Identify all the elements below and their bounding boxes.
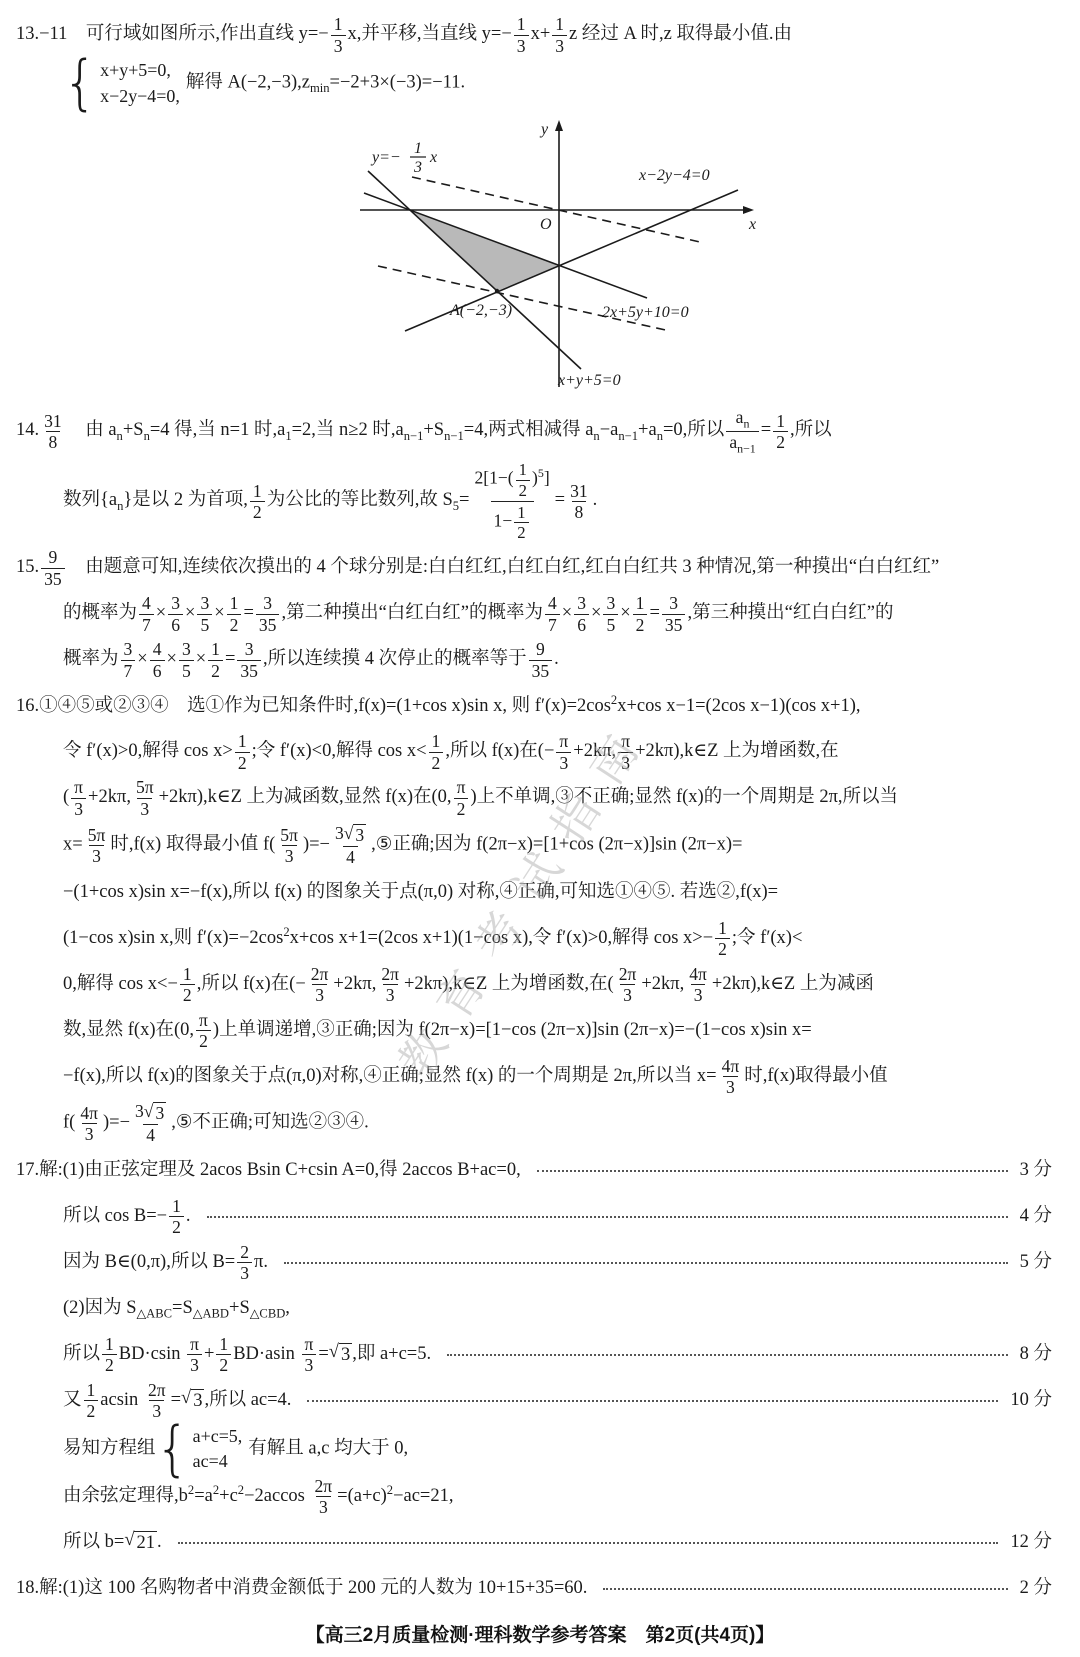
math-text: (2)因为 S△ABC=S△ABD+S△CBD, <box>63 1297 290 1320</box>
math-text: 概率为37×46×35×12=335,所以连续摸 4 次停止的概率等于935. <box>63 638 559 681</box>
system-row: a+c=5, <box>193 1425 243 1447</box>
fraction: π3 <box>187 1334 202 1375</box>
objective-label-denominator: 3 <box>413 159 422 176</box>
solution-line: −(1+cos x)sin x=−f(x),所以 f(x) 的图象关于点(π,0… <box>63 869 1056 915</box>
math-text: 18.解:(1)这 100 名购物者中消费金额低于 200 元的人数为 10+1… <box>16 1577 587 1600</box>
subscript: n <box>117 429 123 443</box>
numerator: π <box>187 1334 202 1354</box>
denominator: 5 <box>197 614 212 635</box>
numerator: 1 <box>514 14 529 34</box>
numerator: 5π <box>85 825 109 845</box>
subscript: min <box>310 81 330 95</box>
dotted-leader <box>447 1354 1007 1356</box>
equation-system: {a+c=5,ac=4 <box>156 1425 243 1473</box>
fraction: π3 <box>301 1334 316 1375</box>
denominator: 3 <box>383 984 398 1005</box>
sqrt: √21 <box>124 1531 157 1554</box>
fraction: 335 <box>237 639 261 680</box>
subscript: n <box>117 499 123 513</box>
solution-line: 易知方程组{a+c=5,ac=4有解且 a,c 均大于 0, <box>63 1424 1056 1474</box>
fraction: 2π3 <box>312 1476 336 1517</box>
fraction: 12 <box>169 1196 184 1237</box>
denominator: 2 <box>180 984 195 1005</box>
numerator: 1 <box>331 14 346 34</box>
subscript: n <box>657 429 663 443</box>
denominator: 4 <box>143 1124 158 1145</box>
fraction: π3 <box>618 731 633 772</box>
fraction: 318 <box>41 411 65 452</box>
fraction: π2 <box>454 777 469 818</box>
denominator: 35 <box>529 660 553 681</box>
denominator: 2 <box>235 752 250 773</box>
subscript: △CBD <box>250 1307 286 1321</box>
math-text: (π3+2kπ,5π3+2kπ),k∈Z 上为减函数,显然 f(x)在(0,π2… <box>63 776 898 819</box>
denominator: 7 <box>545 614 560 635</box>
solution-line: 令 f′(x)>0,解得 cos x>12;令 f′(x)<0,解得 cos x… <box>63 729 1056 775</box>
solution-line: 15.935 由题意可知,连续依次摸出的 4 个球分别是:白白红红,白红白红,红… <box>16 545 1056 591</box>
numerator: π <box>618 731 633 751</box>
math-text: 15.935 由题意可知,连续依次摸出的 4 个球分别是:白白红红,白红白红,红… <box>16 546 939 589</box>
math-text: 0,解得 cos x<−12,所以 f(x)在(−2π3+2kπ,2π3+2kπ… <box>63 963 874 1006</box>
subscript: △ABC <box>137 1307 173 1321</box>
numerator: 9 <box>46 547 61 567</box>
superscript: 5 <box>538 466 544 480</box>
denominator: 3 <box>316 1496 331 1517</box>
subscript: 1 <box>285 429 291 443</box>
superscript: 2 <box>283 924 289 938</box>
solution-line: (π3+2kπ,5π3+2kπ),k∈Z 上为减函数,显然 f(x)在(0,π2… <box>63 775 1056 821</box>
solution-line: 数,显然 f(x)在(0,π2)上单调递增,③正确;因为 f(2π−x)=[1−… <box>63 1007 1056 1053</box>
feasible-region-figure: y x O y=− 1 3 x x−2y−4=0 2x+5y+10=0 x+y+… <box>302 110 1056 403</box>
solution-line: −f(x),所以 f(x)的图象关于点(π,0)对称,④正确;显然 f(x) 的… <box>63 1053 1056 1099</box>
numerator: 3 <box>121 639 136 659</box>
numerator: 3√3 <box>132 1101 169 1124</box>
math-text: 由余弦定理得,b2=a2+c2−2accos 2π3=(a+c)2−ac=21, <box>63 1475 454 1518</box>
fraction: 2π3 <box>308 964 332 1005</box>
system-rows: a+c=5,ac=4 <box>193 1425 243 1473</box>
solution-line: 0,解得 cos x<−12,所以 f(x)在(−2π3+2kπ,2π3+2kπ… <box>63 961 1056 1007</box>
numerator: 3 <box>574 593 589 613</box>
subscript: n−1 <box>737 441 756 455</box>
fraction: 12 <box>84 1380 99 1421</box>
radicand: 3 <box>339 1343 352 1366</box>
fraction: 318 <box>567 481 591 522</box>
fraction: 12 <box>715 918 730 959</box>
math-text: −(1+cos x)sin x=−f(x),所以 f(x) 的图象关于点(π,0… <box>63 881 778 904</box>
radicand: 3 <box>191 1389 204 1412</box>
denominator: 2 <box>454 798 469 819</box>
math-text: 16.①④⑤或②③④ 选①作为已知条件时,f(x)=(1+cos x)sin x… <box>16 694 861 718</box>
numerator: π <box>556 731 571 751</box>
origin-label: O <box>540 216 552 233</box>
numerator: 1 <box>102 1334 117 1354</box>
numerator: 3 <box>603 593 618 613</box>
fraction: π3 <box>556 731 571 772</box>
denominator: 3 <box>312 984 327 1005</box>
system-brace: { <box>63 56 97 110</box>
math-text: 的概率为47×36×35×12=335,第二种摸出“白红白红”的概率为47×36… <box>63 592 894 635</box>
denominator: 3 <box>82 1123 97 1144</box>
denominator: 2 <box>250 501 265 522</box>
numerator: 4 <box>139 593 154 613</box>
denominator: 2 <box>169 1216 184 1237</box>
numerator: 2[1−(12)5] <box>471 459 552 500</box>
solution-line: 的概率为47×36×35×12=335,第二种摸出“白红白红”的概率为47×36… <box>63 591 1056 637</box>
solution-line: x=5π3时,f(x) 取得最小值 f(5π3)=−3√34,⑤正确;因为 f(… <box>63 821 1056 869</box>
denominator: 3 <box>187 1354 202 1375</box>
numerator: 1 <box>169 1196 184 1216</box>
denominator: 8 <box>46 431 61 452</box>
fraction: 2π3 <box>616 964 640 1005</box>
denominator: 2 <box>196 1030 211 1051</box>
radical-icon: √ <box>124 1531 134 1550</box>
subscript: n−1 <box>618 429 638 443</box>
numerator: 1 <box>773 411 788 431</box>
solution-line: 概率为37×46×35×12=335,所以连续摸 4 次停止的概率等于935. <box>63 637 1056 683</box>
fraction: 5π3 <box>277 825 301 866</box>
score-label: 5 分 <box>1020 1251 1054 1274</box>
denominator: 3 <box>691 984 706 1005</box>
numerator: 1 <box>516 460 530 479</box>
math-text: 易知方程组{a+c=5,ac=4有解且 a,c 均大于 0, <box>63 1425 408 1473</box>
denominator: 3 <box>237 1262 252 1283</box>
page-footer: 【高三2月质量检测·理科数学参考答案 第2页(共4页)】 <box>0 1620 1080 1647</box>
system-rows: x+y+5=0,x−2y−4=0, <box>100 59 180 107</box>
point-a-label: A(−2,−3) <box>449 302 512 319</box>
denominator: 2 <box>715 938 730 959</box>
math-text: x=5π3时,f(x) 取得最小值 f(5π3)=−3√34,⑤正确;因为 f(… <box>63 822 742 868</box>
fraction: 12 <box>208 639 223 680</box>
score-label: 2 分 <box>1020 1577 1054 1600</box>
numerator: 1 <box>429 731 444 751</box>
objective-label-suffix: x <box>429 149 437 166</box>
y-axis-label: y <box>539 121 549 138</box>
denominator: 2 <box>633 614 648 635</box>
radical-icon: √ <box>181 1389 191 1408</box>
solution-line: 所以 b=√21.12 分 <box>63 1520 1056 1566</box>
numerator: 1 <box>84 1380 99 1400</box>
denominator: 6 <box>168 614 183 635</box>
fraction: 4π3 <box>686 964 710 1005</box>
dotted-leader <box>537 1170 1008 1172</box>
line-x-y-5-label: x+y+5=0 <box>557 372 621 389</box>
numerator: 3 <box>197 593 212 613</box>
fraction: π3 <box>71 777 86 818</box>
denominator: 7 <box>121 660 136 681</box>
denominator: 35 <box>41 568 65 589</box>
solution-content: 13.−11 可行域如图所示,作出直线 y=−13x,并平移,当直线 y=−13… <box>0 0 1080 1612</box>
objective-line-label: y=− 1 3 x <box>370 140 437 176</box>
denominator: 2 <box>227 614 242 635</box>
denominator: 2 <box>429 752 444 773</box>
math-text: 17.解:(1)由正弦定理及 2acos Bsin C+csin A=0,得 2… <box>16 1159 521 1182</box>
fraction: π2 <box>196 1010 211 1051</box>
numerator: 3 <box>168 593 183 613</box>
fraction: 3√34 <box>132 1101 169 1145</box>
numerator: 5π <box>277 825 301 845</box>
fraction: 12 <box>235 731 250 772</box>
superscript: 2 <box>188 1483 194 1497</box>
solution-line: 所以12BD·csin π3+12BD·asin π3=√3,即 a+c=5.8… <box>63 1332 1056 1378</box>
numerator: 3 <box>242 639 257 659</box>
fraction: anan−1 <box>726 407 758 455</box>
denominator: 6 <box>150 660 165 681</box>
dotted-leader <box>307 1400 998 1402</box>
math-text: f(4π3)=−3√34,⑤不正确;可知选②③④. <box>63 1100 369 1146</box>
fraction: 12 <box>216 1334 231 1375</box>
numerator: 4π <box>719 1056 743 1076</box>
numerator: π <box>301 1334 316 1354</box>
radical-icon: √ <box>329 1343 339 1362</box>
numerator: 4π <box>686 964 710 984</box>
math-text: −f(x),所以 f(x)的图象关于点(π,0)对称,④正确;显然 f(x) 的… <box>63 1055 888 1098</box>
numerator: 4 <box>150 639 165 659</box>
denominator: 35 <box>256 614 280 635</box>
solution-line: 因为 B∈(0,π),所以 B=23π.5 分 <box>63 1240 1056 1286</box>
system-brace: { <box>156 1422 190 1476</box>
radicand: 3 <box>353 824 366 846</box>
figure-svg: y x O y=− 1 3 x x−2y−4=0 2x+5y+10=0 x+y+… <box>302 110 772 396</box>
fraction: 12 <box>633 593 648 634</box>
fraction: 47 <box>139 593 154 634</box>
numerator: 31 <box>41 411 65 431</box>
superscript: 2 <box>387 1483 393 1497</box>
denominator: 35 <box>237 660 261 681</box>
denominator: 2 <box>773 431 788 452</box>
solution-line: 13.−11 可行域如图所示,作出直线 y=−13x,并平移,当直线 y=−13… <box>16 12 1056 58</box>
numerator: 1 <box>180 964 195 984</box>
math-text: (1−cos x)sin x,则 f′(x)=−2cos2x+cos x+1=(… <box>63 917 802 960</box>
math-text: 所以12BD·csin π3+12BD·asin π3=√3,即 a+c=5. <box>63 1333 431 1376</box>
denominator: 3 <box>552 35 567 56</box>
system-row: ac=4 <box>193 1450 243 1472</box>
math-text: 因为 B∈(0,π),所以 B=23π. <box>63 1241 268 1284</box>
superscript: 2 <box>213 1483 219 1497</box>
subscript: △ABD <box>193 1307 229 1321</box>
objective-label-numerator: 1 <box>414 140 422 157</box>
fraction: 36 <box>168 593 183 634</box>
math-text: 数,显然 f(x)在(0,π2)上单调递增,③正确;因为 f(2π−x)=[1−… <box>63 1009 812 1052</box>
fraction: 35 <box>179 639 194 680</box>
solution-line: 18.解:(1)这 100 名购物者中消费金额低于 200 元的人数为 10+1… <box>16 1566 1056 1612</box>
denominator: 2 <box>208 660 223 681</box>
sqrt: √3 <box>344 824 366 846</box>
subscript: 5 <box>453 499 459 513</box>
fraction: 335 <box>662 593 686 634</box>
score-label: 3 分 <box>1020 1159 1054 1182</box>
sqrt: √3 <box>181 1389 204 1412</box>
fraction: 12 <box>429 731 444 772</box>
denominator: an−1 <box>726 431 758 455</box>
dotted-leader <box>603 1588 1007 1590</box>
fraction: 335 <box>256 593 280 634</box>
fraction: 12 <box>102 1334 117 1375</box>
fraction: 47 <box>545 593 560 634</box>
denominator: 3 <box>137 798 152 819</box>
numerator: 2 <box>237 1242 252 1262</box>
superscript: 2 <box>238 1483 244 1497</box>
fraction: 4π3 <box>719 1056 743 1097</box>
numerator: an <box>733 407 753 430</box>
radical-icon: √ <box>144 1102 154 1120</box>
numerator: 31 <box>567 481 591 501</box>
numerator: 2π <box>378 964 402 984</box>
math-text: 13.−11 可行域如图所示,作出直线 y=−13x,并平移,当直线 y=−13… <box>16 13 792 56</box>
numerator: 2π <box>308 964 332 984</box>
denominator: 2 <box>84 1400 99 1421</box>
denominator: 3 <box>514 35 529 56</box>
solution-line: 由余弦定理得,b2=a2+c2−2accos 2π3=(a+c)2−ac=21, <box>63 1474 1056 1520</box>
solution-line: {x+y+5=0,x−2y−4=0,解得 A(−2,−3),zmin=−2+3×… <box>63 58 1056 108</box>
numerator: 2π <box>616 964 640 984</box>
solution-line: 又12acsin 2π3=√3,所以 ac=4.10 分 <box>63 1378 1056 1424</box>
fraction: 4π3 <box>77 1103 101 1144</box>
math-text: 所以 b=√21. <box>63 1531 162 1554</box>
radicand: 21 <box>134 1531 157 1554</box>
solution-line: 所以 cos B=−12.4 分 <box>63 1194 1056 1240</box>
fraction: 12 <box>180 964 195 1005</box>
numerator: 4 <box>545 593 560 613</box>
denominator: 3 <box>302 1354 317 1375</box>
numerator: 3 <box>666 593 681 613</box>
numerator: 1 <box>216 1334 231 1354</box>
denominator: 3 <box>620 984 635 1005</box>
score-label: 10 分 <box>1010 1389 1054 1412</box>
solution-line: 14.318 由 an+Sn=4 得,当 n=1 时,a1=2,当 n≥2 时,… <box>16 405 1056 457</box>
fraction: 35 <box>197 593 212 634</box>
denominator: 2 <box>216 1354 231 1375</box>
fraction: 12 <box>516 460 530 499</box>
fraction: 35 <box>603 593 618 634</box>
numerator: 5π <box>133 777 157 797</box>
fraction: 23 <box>237 1242 252 1283</box>
math-text: 数列{an}是以 2 为首项,12为公比的等比数列,故 S5=2[1−(12)5… <box>63 458 597 544</box>
fraction: 13 <box>331 14 346 55</box>
numerator: 2π <box>312 1476 336 1496</box>
problem-lines: 14.318 由 an+Sn=4 得,当 n=1 时,a1=2,当 n≥2 时,… <box>16 405 1056 1611</box>
solution-line: f(4π3)=−3√34,⑤不正确;可知选②③④. <box>63 1099 1056 1147</box>
solution-line: 17.解:(1)由正弦定理及 2acos Bsin C+csin A=0,得 2… <box>16 1148 1056 1194</box>
fraction: 2π3 <box>378 964 402 1005</box>
denominator: 3 <box>331 35 346 56</box>
solution-line: (2)因为 S△ABC=S△ABD+S△CBD, <box>63 1286 1056 1332</box>
denominator: 4 <box>343 846 358 867</box>
sqrt: √3 <box>329 1343 352 1366</box>
numerator: π <box>71 777 86 797</box>
denominator: 3 <box>71 798 86 819</box>
denominator: 7 <box>139 614 154 635</box>
score-label: 12 分 <box>1010 1531 1054 1554</box>
math-text: 所以 cos B=−12. <box>63 1195 191 1238</box>
numerator: 9 <box>533 639 548 659</box>
denominator: 3 <box>556 752 571 773</box>
fraction: 46 <box>150 639 165 680</box>
denominator: 3 <box>89 845 104 866</box>
dotted-leader <box>284 1262 1008 1264</box>
y-axis-arrow-icon <box>555 120 563 131</box>
math-text: 14.318 由 an+Sn=4 得,当 n=1 时,a1=2,当 n≥2 时,… <box>16 406 832 456</box>
denominator: 6 <box>574 614 589 635</box>
line-x-2y-4-label: x−2y−4=0 <box>638 167 710 184</box>
denominator: 35 <box>662 614 686 635</box>
fraction: 935 <box>529 639 553 680</box>
fraction: 12 <box>227 593 242 634</box>
subscript: n−1 <box>444 429 464 443</box>
x-axis-arrow-icon <box>743 206 754 214</box>
fraction: 5π3 <box>133 777 157 818</box>
fraction: 3√34 <box>332 823 369 867</box>
point-a-marker <box>495 289 499 293</box>
denominator: 3 <box>282 845 297 866</box>
numerator: 1 <box>552 14 567 34</box>
denominator: 2 <box>102 1354 117 1375</box>
numerator: 3 <box>179 639 194 659</box>
math-text: {x+y+5=0,x−2y−4=0,解得 A(−2,−3),zmin=−2+3×… <box>63 59 465 107</box>
denominator: 3 <box>723 1076 738 1097</box>
fraction: 12 <box>250 481 265 522</box>
radicand: 3 <box>153 1102 166 1124</box>
solution-line: (1−cos x)sin x,则 f′(x)=−2cos2x+cos x+1=(… <box>63 915 1056 961</box>
sqrt: √3 <box>144 1102 166 1124</box>
fraction: 13 <box>552 14 567 55</box>
system-row: x+y+5=0, <box>100 59 180 81</box>
fraction: 13 <box>514 14 529 55</box>
score-label: 4 分 <box>1020 1205 1054 1228</box>
math-text: 令 f′(x)>0,解得 cos x>12;令 f′(x)<0,解得 cos x… <box>63 730 839 773</box>
numerator: 1 <box>715 918 730 938</box>
dotted-leader <box>178 1542 999 1544</box>
score-label: 8 分 <box>1020 1343 1054 1366</box>
radical-icon: √ <box>344 824 354 842</box>
numerator: 3√3 <box>332 823 369 846</box>
denominator: 5 <box>179 660 194 681</box>
numerator: 2π <box>145 1380 169 1400</box>
system-row: x−2y−4=0, <box>100 85 180 107</box>
numerator: π <box>454 777 469 797</box>
subscript: n−1 <box>404 429 424 443</box>
numerator: 3 <box>260 593 275 613</box>
solution-line: 16.①④⑤或②③④ 选①作为已知条件时,f(x)=(1+cos x)sin x… <box>16 683 1056 729</box>
x-axis-label: x <box>748 216 756 233</box>
objective-label-prefix: y=− <box>370 149 401 166</box>
answer-sheet-page: 教育考试指南 13.−11 可行域如图所示,作出直线 y=−13x,并平移,当直… <box>0 0 1080 1657</box>
fraction: 36 <box>574 593 589 634</box>
subscript: n <box>743 417 749 431</box>
denominator: 1−12 <box>491 501 534 543</box>
denominator: 3 <box>618 752 633 773</box>
numerator: 1 <box>514 503 528 522</box>
subscript: n <box>593 429 599 443</box>
denominator: 2 <box>514 522 528 542</box>
equation-system: {x+y+5=0,x−2y−4=0, <box>63 59 180 107</box>
dotted-leader <box>207 1216 1008 1218</box>
numerator: 1 <box>235 731 250 751</box>
numerator: 1 <box>227 593 242 613</box>
line-2x-5y-10-label: 2x+5y+10=0 <box>602 304 689 321</box>
numerator: 1 <box>633 593 648 613</box>
denominator: 5 <box>603 614 618 635</box>
fraction: 935 <box>41 547 65 588</box>
numerator: 1 <box>250 481 265 501</box>
superscript: 2 <box>611 693 617 707</box>
denominator: 8 <box>572 501 587 522</box>
subscript: n <box>144 429 150 443</box>
numerator: 1 <box>208 639 223 659</box>
problem-13-lines: 13.−11 可行域如图所示,作出直线 y=−13x,并平移,当直线 y=−13… <box>16 12 1056 108</box>
fraction: 5π3 <box>85 825 109 866</box>
fraction: 12 <box>514 503 528 542</box>
fraction: 12 <box>773 411 788 452</box>
